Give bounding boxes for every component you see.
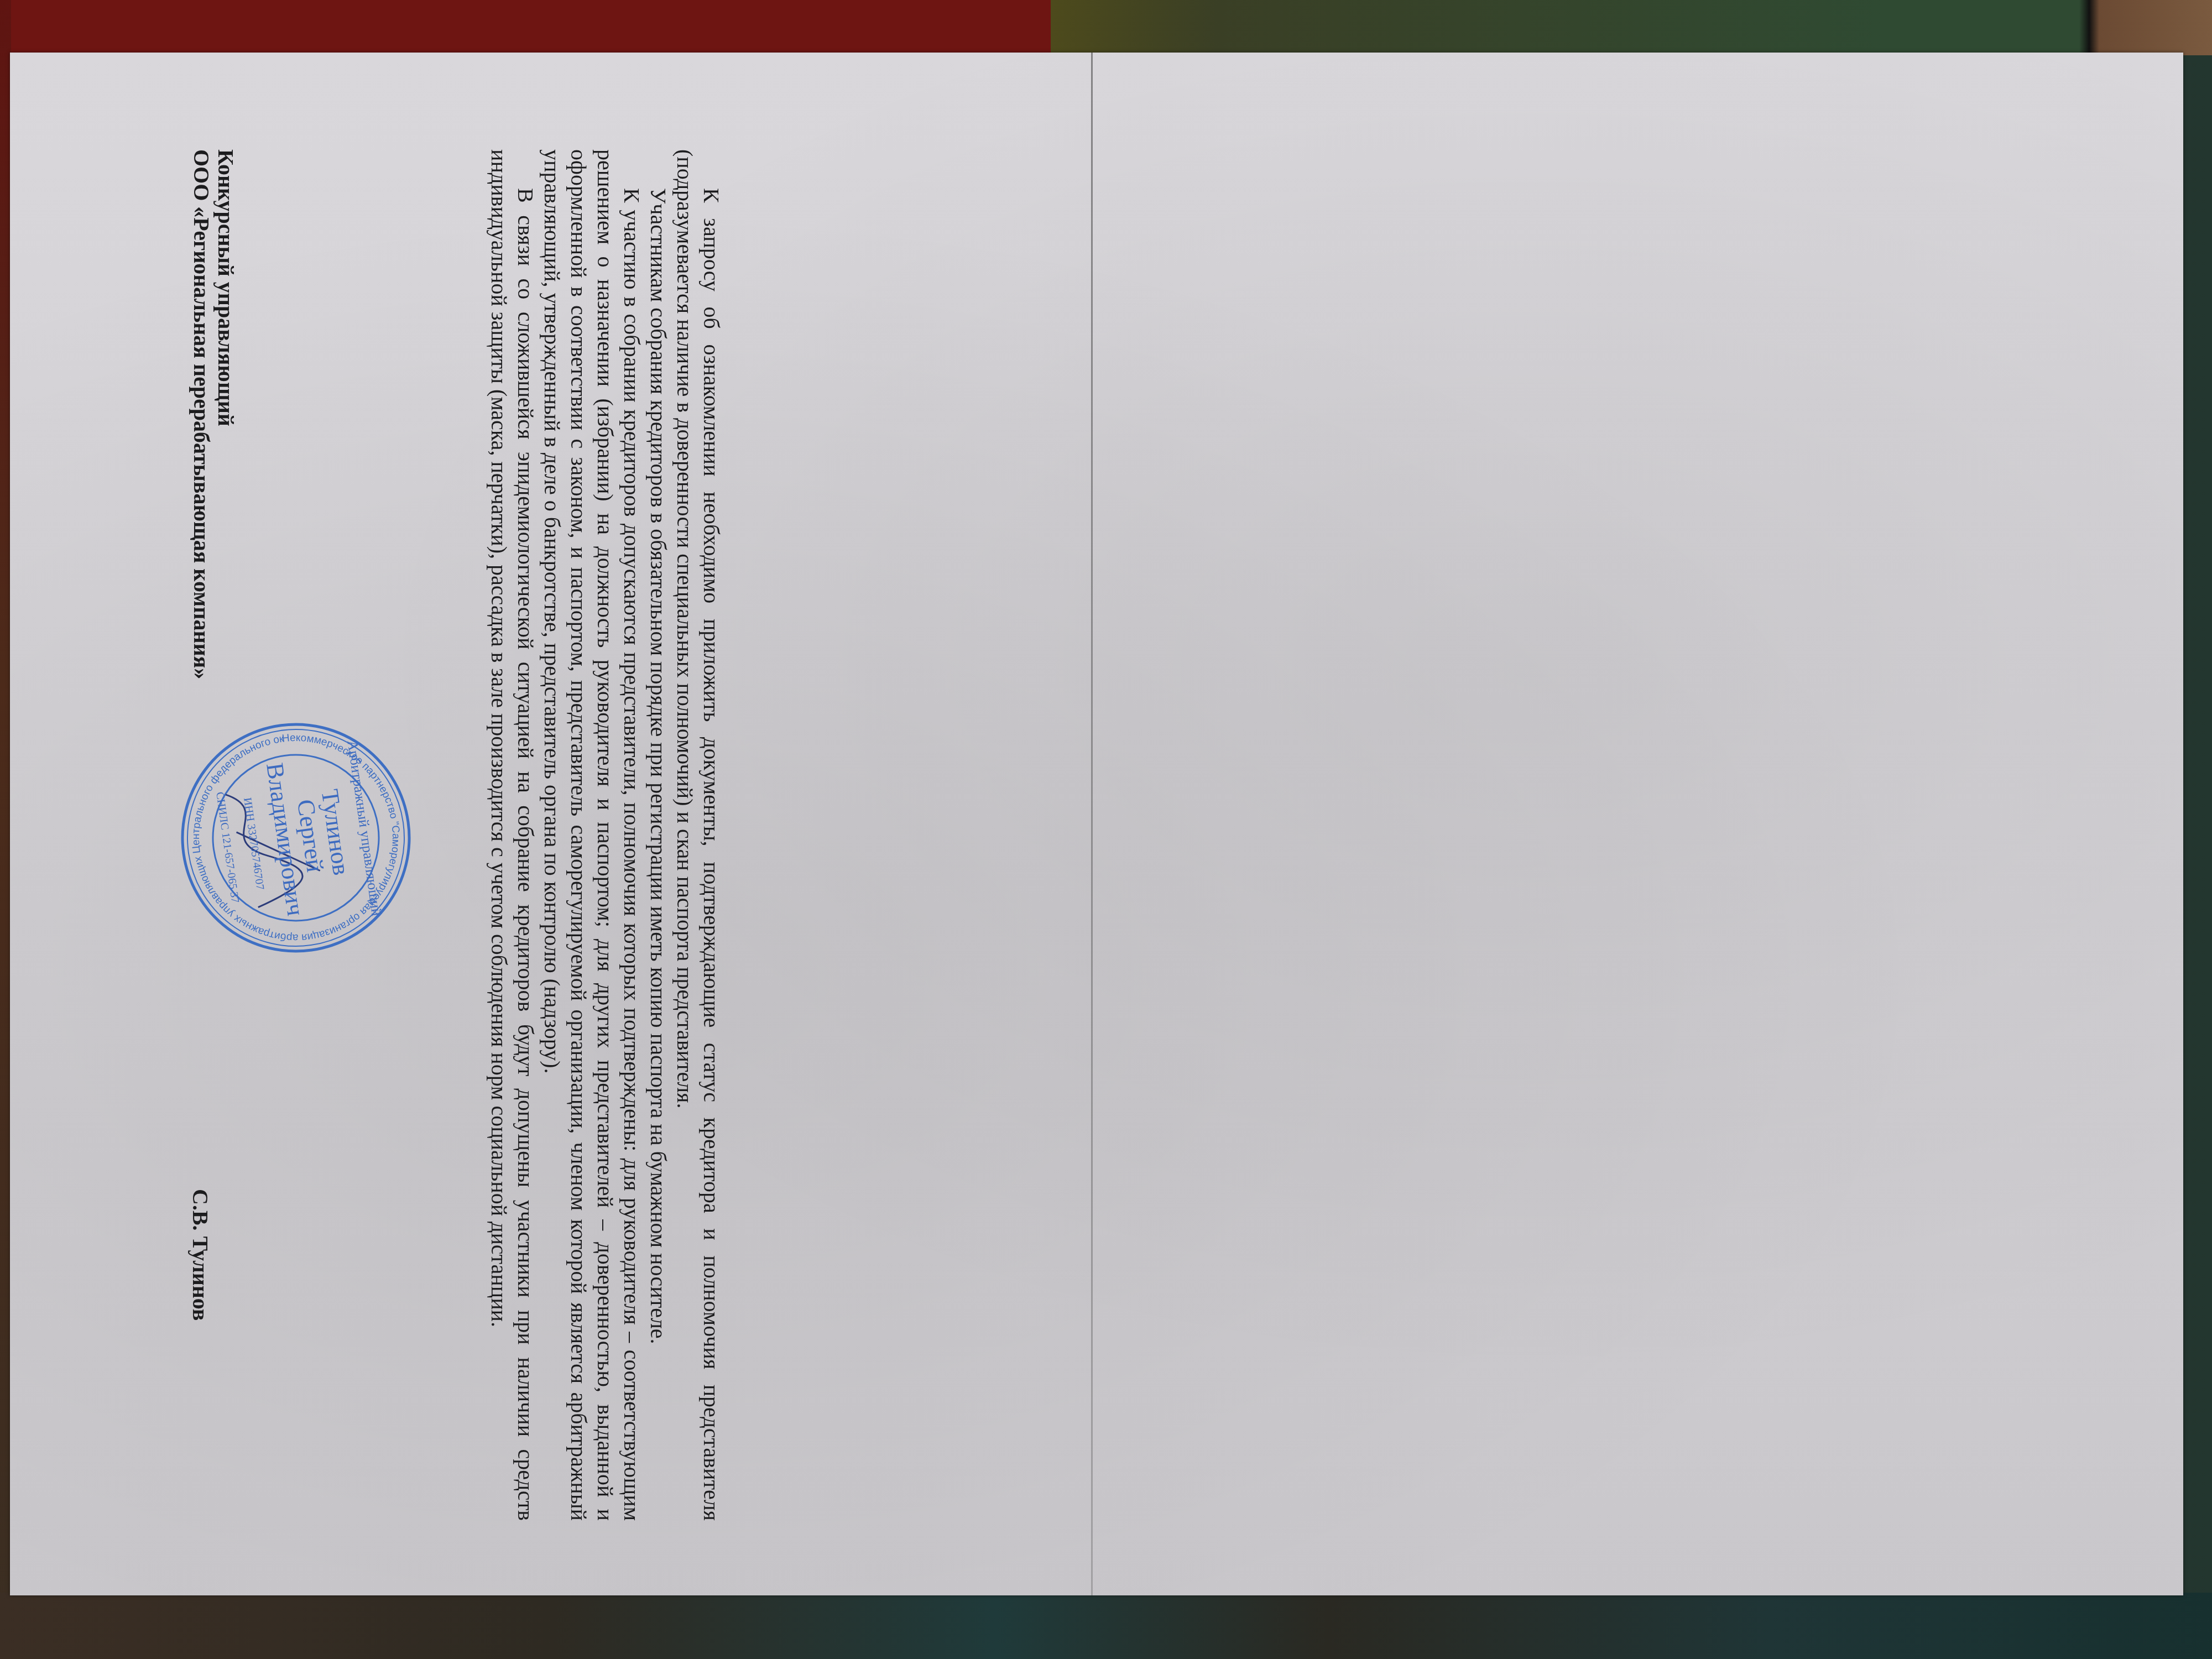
paragraph-epidemiological: В связи со сложившейся эпидемиологическо… (486, 149, 539, 1521)
background-edge (0, 0, 11, 1659)
signatory-title: Конкурсный управляющий ООО «Региональная… (189, 149, 238, 679)
document-text-block: К запросу об ознакомлении необходимо при… (88, 149, 724, 1521)
background-red-cloth (0, 0, 1051, 61)
background-floor (0, 1593, 2212, 1659)
stamp-center: Арбитражный управляющий Тулинов Сергей В… (161, 703, 430, 972)
signatory-company: ООО «Региональная перерабатывающая компа… (189, 149, 213, 679)
background-wood-corner (1880, 0, 2212, 55)
signatory-position: Конкурсный управляющий (213, 149, 238, 679)
paragraph-admission: К участию в собрании кредиторов допускаю… (539, 149, 645, 1521)
background-green-surface (1051, 0, 1880, 55)
signatory-name: С.В. Тулинов (187, 1189, 213, 1321)
paper-fold-crease (1091, 53, 1093, 1595)
official-stamp: Некоммерческое партнерство "Саморегулиру… (161, 703, 430, 972)
paragraph-passport-copy: Участникам собрания кредиторов в обязате… (645, 149, 671, 1521)
paragraph-documents-request: К запросу об ознакомлении необходимо при… (671, 149, 724, 1521)
